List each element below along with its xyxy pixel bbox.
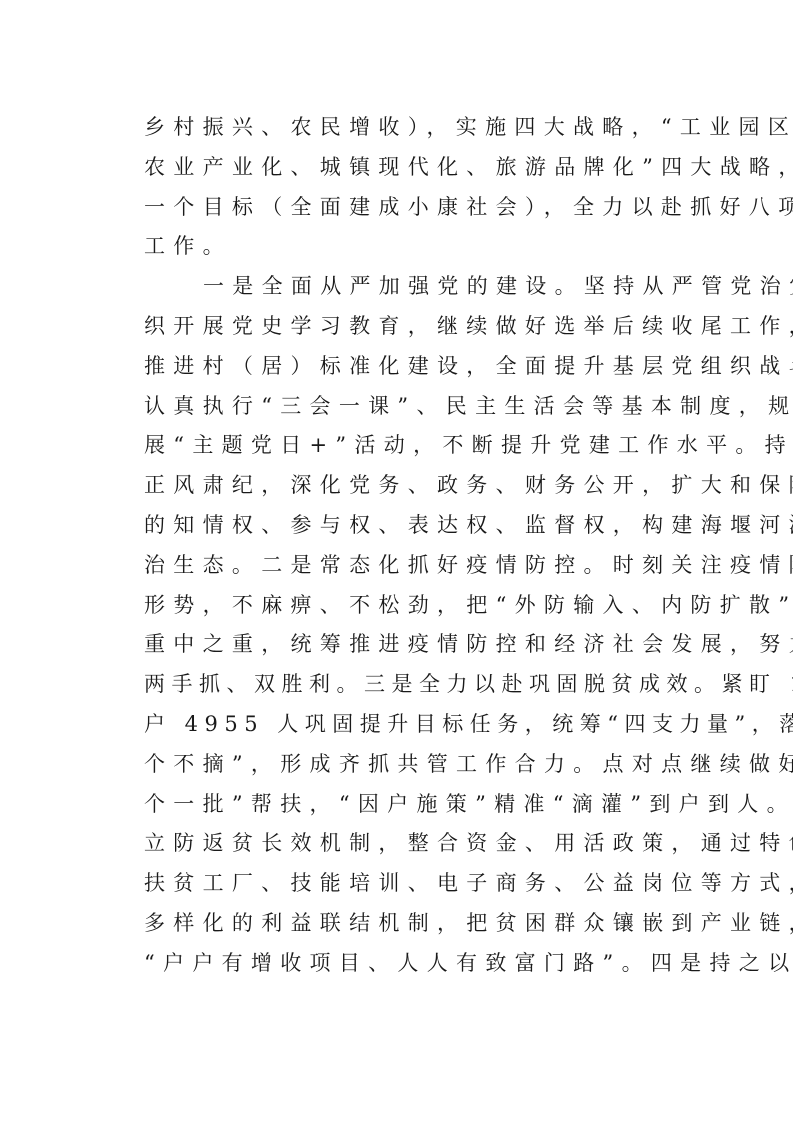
text-line: 农业产业化、城镇现代化、旅游品牌化”四大战略，实现 [144,148,684,188]
text-line: 认真执行“三会一课”、民主生活会等基本制度，规范开 [144,387,684,427]
text-line: 乡村振兴、农民增收），实施四大战略，“工业园区化、 [144,108,684,148]
document-page: 乡村振兴、农民增收），实施四大战略，“工业园区化、 农业产业化、城镇现代化、旅游… [0,0,793,1122]
text-line: 展“主题党日+”活动，不断提升党建工作水平。持之以恒 [144,426,684,466]
text-line: 两手抓、双胜利。三是全力以赴巩固脱贫成效。紧盯 1564 [144,665,684,705]
text-line: 正风肃纪，深化党务、政务、财务公开，扩大和保障群众 [144,466,684,506]
text-line: 的知情权、参与权、表达权、监督权，构建海堰河清的政 [144,506,684,546]
text-line: 一个目标（全面建成小康社会），全力以赴抓好八项重点 [144,188,684,228]
text-line: 工作。 [144,227,684,267]
text-line: 个一批”帮扶，“因户施策”精准“滴灌”到户到人。建 [144,785,684,825]
paragraph-start-line: 一是全面从严加强党的建设。坚持从严管党治党，组 [144,267,684,307]
text-line: 户 4955 人巩固提升目标任务，统筹“四支力量”，落实“四 [144,705,684,745]
body-text: 乡村振兴、农民增收），实施四大战略，“工业园区化、 农业产业化、城镇现代化、旅游… [144,108,684,984]
text-line: 形势，不麻痹、不松劲，把“外防输入、内防扩散”作为 [144,586,684,626]
text-line: 立防返贫长效机制，整合资金、用活政策，通过特色产业、 [144,824,684,864]
text-line: 重中之重，统筹推进疫情防控和经济社会发展，努力实现 [144,625,684,665]
text-line: 推进村（居）标准化建设，全面提升基层党组织战斗力。 [144,347,684,387]
text-line: 扶贫工厂、技能培训、电子商务、公益岗位等方式，构建 [144,864,684,904]
text-line: “户户有增收项目、人人有致富门路”。四是持之以恒抓 [144,944,684,984]
text-line: 多样化的利益联结机制，把贫困群众镶嵌到产业链，实现 [144,904,684,944]
text-line: 织开展党史学习教育，继续做好选举后续收尾工作，全力 [144,307,684,347]
text-line: 治生态。二是常态化抓好疫情防控。时刻关注疫情防控新 [144,546,684,586]
text-line: 个不摘”，形成齐抓共管工作合力。点对点继续做好“八 [144,745,684,785]
